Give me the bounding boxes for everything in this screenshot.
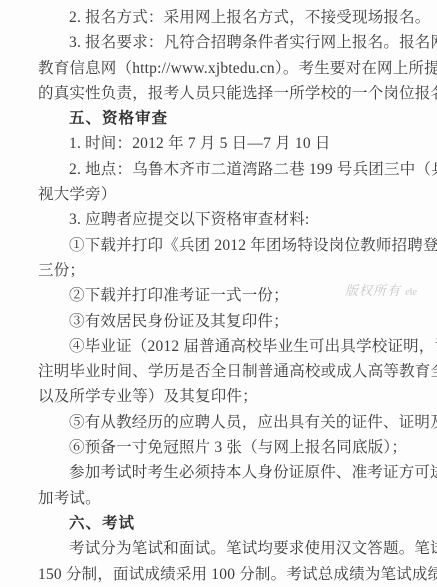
document-line: 教育信息网（http://www.xjbtedu.cn）。考生要对在网上所提交信… [38, 56, 424, 81]
document-line: 视大学旁） [38, 182, 424, 207]
watermark-fragment: e‖e [405, 287, 417, 298]
document-line: 1. 时间：2012 年 7 月 5 日—7 月 10 日 [38, 131, 424, 156]
document-line: 注明毕业时间、学历是否全日制普通高校或成人高等教育全日制脱产， [38, 359, 424, 384]
document-line: ④毕业证（2012 届普通高校毕业生可出具学校证明，证明中必须 [38, 334, 424, 359]
document-line: ①下载并打印《兵团 2012 年团场特设岗位教师招聘登记表》一式 [38, 233, 424, 258]
document-line: 考试分为笔试和面试。笔试均要求使用汉文答题。笔试成绩采用 [38, 536, 424, 561]
document-line: 2. 报名方式：采用网上报名方式，不接受现场报名。 [38, 5, 424, 30]
document-line: ⑤有从教经历的应聘人员，应出具有关的证件、证明及其复印件。 [38, 410, 424, 435]
document-page: 2. 报名方式：采用网上报名方式，不接受现场报名。 3. 报名要求：凡符合招聘条… [0, 0, 437, 587]
document-line: 2. 地点：乌鲁木齐市二道湾路二巷 199 号兵团三中（兵团广播电 [38, 157, 424, 182]
section-heading-qualification-review: 五、资格审查 [38, 106, 424, 131]
document-line: 的真实性负责，报考人员只能选择一所学校的一个岗位报名。 [38, 81, 424, 106]
document-line: 3. 报名要求：凡符合招聘条件者实行网上报名。报名网址：兵团 [38, 30, 424, 55]
section-heading-examination: 六、考试 [38, 511, 424, 536]
document-line: ③有效居民身份证及其复印件； [38, 309, 424, 334]
document-line: 参加考试时考生必须持本人身份证原件、准考证方可进入考场参 [38, 460, 424, 485]
watermark-text: 版权所有 [345, 283, 401, 298]
document-line: 150 分制，面试成绩采用 100 分制。考试总成绩为笔试成绩的 40%与面 [38, 562, 424, 587]
document-line: 加考试。 [38, 486, 424, 511]
document-line: 3. 应聘者应提交以下资格审查材料: [38, 207, 424, 232]
document-line: ⑥预备一寸免冠照片 3 张（与网上报名同底版）； [38, 435, 424, 460]
document-line: 以及所学专业等）及其复印件； [38, 384, 424, 409]
copyright-watermark: 版权所有 e‖e [345, 280, 417, 299]
